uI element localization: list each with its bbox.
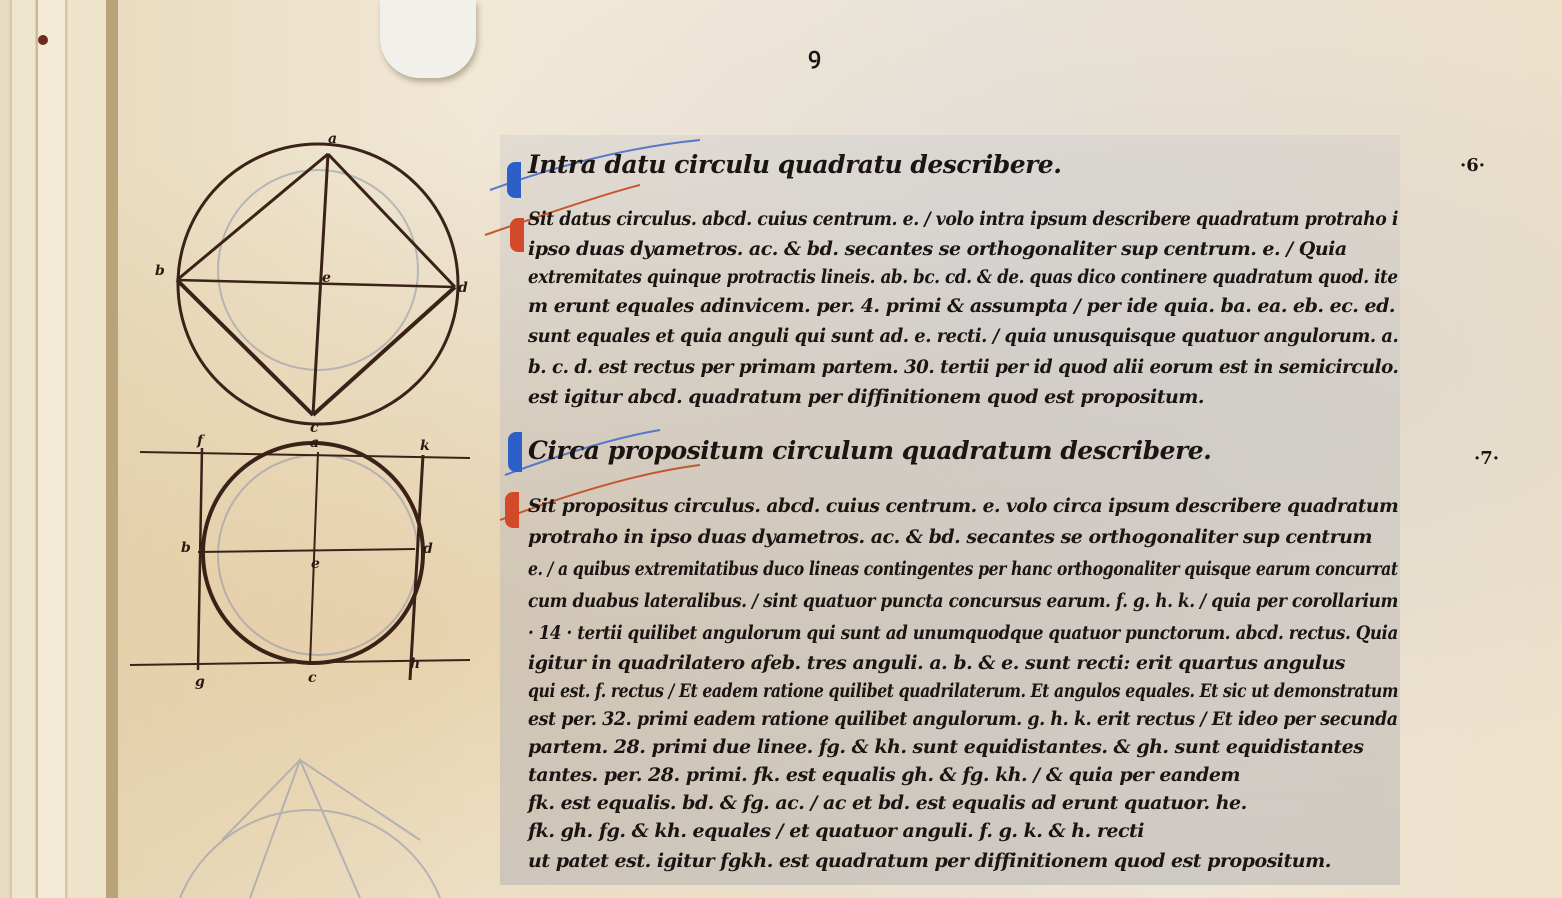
svg-text:c: c xyxy=(308,670,317,686)
text-line: fk. gh. fg. & kh. equales / et quatuor a… xyxy=(528,820,1144,842)
text-line: b. c. d. est rectus per primam partem. 3… xyxy=(528,356,1398,378)
svg-text:f: f xyxy=(196,433,206,449)
text-line: cum duabus lateralibus. / sint quatuor p… xyxy=(528,590,1398,612)
svg-text:c: c xyxy=(310,420,319,436)
text-line: m erunt equales adinvicem. per. 4. primi… xyxy=(528,295,1395,317)
blue-initial-2 xyxy=(508,432,522,472)
svg-text:a: a xyxy=(310,435,319,451)
section-1-heading: Intra datu circulu quadratu describere. xyxy=(528,150,1061,179)
text-line: fk. est equalis. bd. & fg. ac. / ac et b… xyxy=(528,792,1247,814)
svg-text:k: k xyxy=(420,438,430,454)
svg-text:e: e xyxy=(322,270,331,286)
svg-text:g: g xyxy=(195,674,205,690)
text-line: Sit propositus circulus. abcd. cuius cen… xyxy=(528,495,1398,517)
text-line: · 14 · tertii quilibet angulorum qui sun… xyxy=(528,622,1398,644)
text-line: ut patet est. igitur fgkh. est quadratum… xyxy=(528,850,1331,872)
svg-text:d: d xyxy=(458,280,468,296)
text-line: igitur in quadrilatero afeb. tres anguli… xyxy=(528,652,1345,674)
section-2-heading: Circa propositum circulum quadratum desc… xyxy=(528,436,1211,465)
svg-text:b: b xyxy=(181,540,191,556)
diagram-circumscribed-square xyxy=(130,443,470,680)
blue-initial-1 xyxy=(507,162,521,198)
text-line: partem. 28. primi due linee. fg. & kh. s… xyxy=(528,736,1363,758)
text-line: Sit datus circulus. abcd. cuius centrum.… xyxy=(528,208,1398,230)
text-line: ipso duas dyametros. ac. & bd. secantes … xyxy=(528,238,1347,260)
text-line: protraho in ipso duas dyametros. ac. & b… xyxy=(528,526,1372,548)
text-line: extremitates quinque protractis lineis. … xyxy=(528,266,1398,288)
svg-text:d: d xyxy=(423,541,433,557)
text-line: est igitur abcd. quadratum per diffiniti… xyxy=(528,386,1204,408)
text-line: sunt equales et quia anguli qui sunt ad.… xyxy=(528,325,1398,347)
svg-text:b: b xyxy=(155,263,165,279)
text-line: tantes. per. 28. primi. fk. est equalis … xyxy=(528,764,1240,786)
label-a: a xyxy=(328,131,337,147)
svg-text:e: e xyxy=(311,556,320,572)
red-initial-1 xyxy=(510,218,524,252)
text-line: e. / a quibus extremitatibus duco lineas… xyxy=(528,558,1398,580)
red-initial-2 xyxy=(505,492,519,528)
text-line: est per. 32. primi eadem ratione quilibe… xyxy=(528,708,1398,730)
text-line: qui est. f. rectus / Et eadem ratione qu… xyxy=(528,680,1398,702)
svg-text:h: h xyxy=(410,656,420,672)
